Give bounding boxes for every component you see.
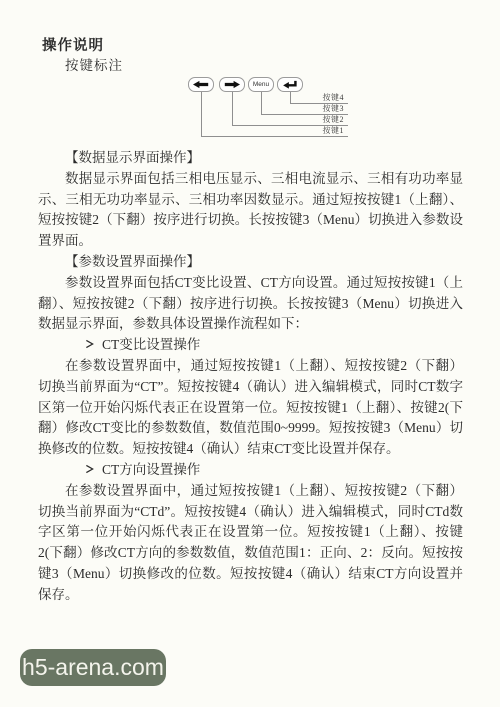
key-label-2: 按键2 [302,115,344,125]
key-button-3: Menu [248,77,274,92]
document-body: 【数据显示界面操作】 数据显示界面包括三相电压显示、三相电流显示、三相有功功率显… [38,148,463,606]
arrow-left-icon [193,80,209,89]
callout-line-key1 [201,92,202,136]
subsection-title-ct-ratio: CT变比设置操作 [102,335,200,356]
paragraph-ct-direction: 在参数设置界面中，通过短按按键1（上翻）、短按按键2（下翻）切换当前界面为“CT… [38,481,463,606]
arrow-right-icon [224,80,240,89]
section-heading-param-setting: 【参数设置界面操作】 [38,252,463,273]
paragraph-param-setting: 参数设置界面包括CT变比设置、CT方向设置。通过短按按键1（上翻）、短按按键2（… [38,273,463,335]
paragraph-ct-ratio: 在参数设置界面中，通过短按按键1（上翻）、短按按键2（下翻）切换当前界面为“CT… [38,356,463,460]
key-label-3: 按键3 [302,104,344,114]
callout-line-key1-h [201,136,348,137]
callout-line-key4 [290,92,291,103]
key-label-4: 按键4 [302,93,344,103]
key-button-1 [188,77,214,92]
subsection-title-ct-direction: CT方向设置操作 [102,460,200,481]
bullet-arrow-icon [85,460,94,481]
paragraph-data-display: 数据显示界面包括三相电压显示、三相电流显示、三相有功功率显示、三相无功功率显示、… [38,169,463,252]
section-heading-data-display: 【数据显示界面操作】 [38,148,463,169]
bullet-item-ct-ratio: CT变比设置操作 [85,335,463,356]
key-label-1: 按键1 [302,126,344,136]
page-subtitle: 按键标注 [65,56,463,76]
bullet-item-ct-direction: CT方向设置操作 [85,460,463,481]
menu-key-label: Menu [253,81,269,88]
key-button-2 [219,77,245,92]
enter-arrow-icon [283,80,298,89]
key-callout-diagram: Menu 按键4 按键3 按键2 按键1 [38,76,463,148]
document-page: 操作说明 按键标注 Menu 按键4 [0,0,500,707]
key-button-4 [277,77,303,92]
watermark-text: h5-arena.com [22,654,164,681]
callout-line-key2 [232,92,233,125]
page-title: 操作说明 [42,36,463,56]
callout-line-key3 [261,92,262,114]
watermark-badge: h5-arena.com [20,649,166,686]
bullet-arrow-icon [85,335,94,356]
